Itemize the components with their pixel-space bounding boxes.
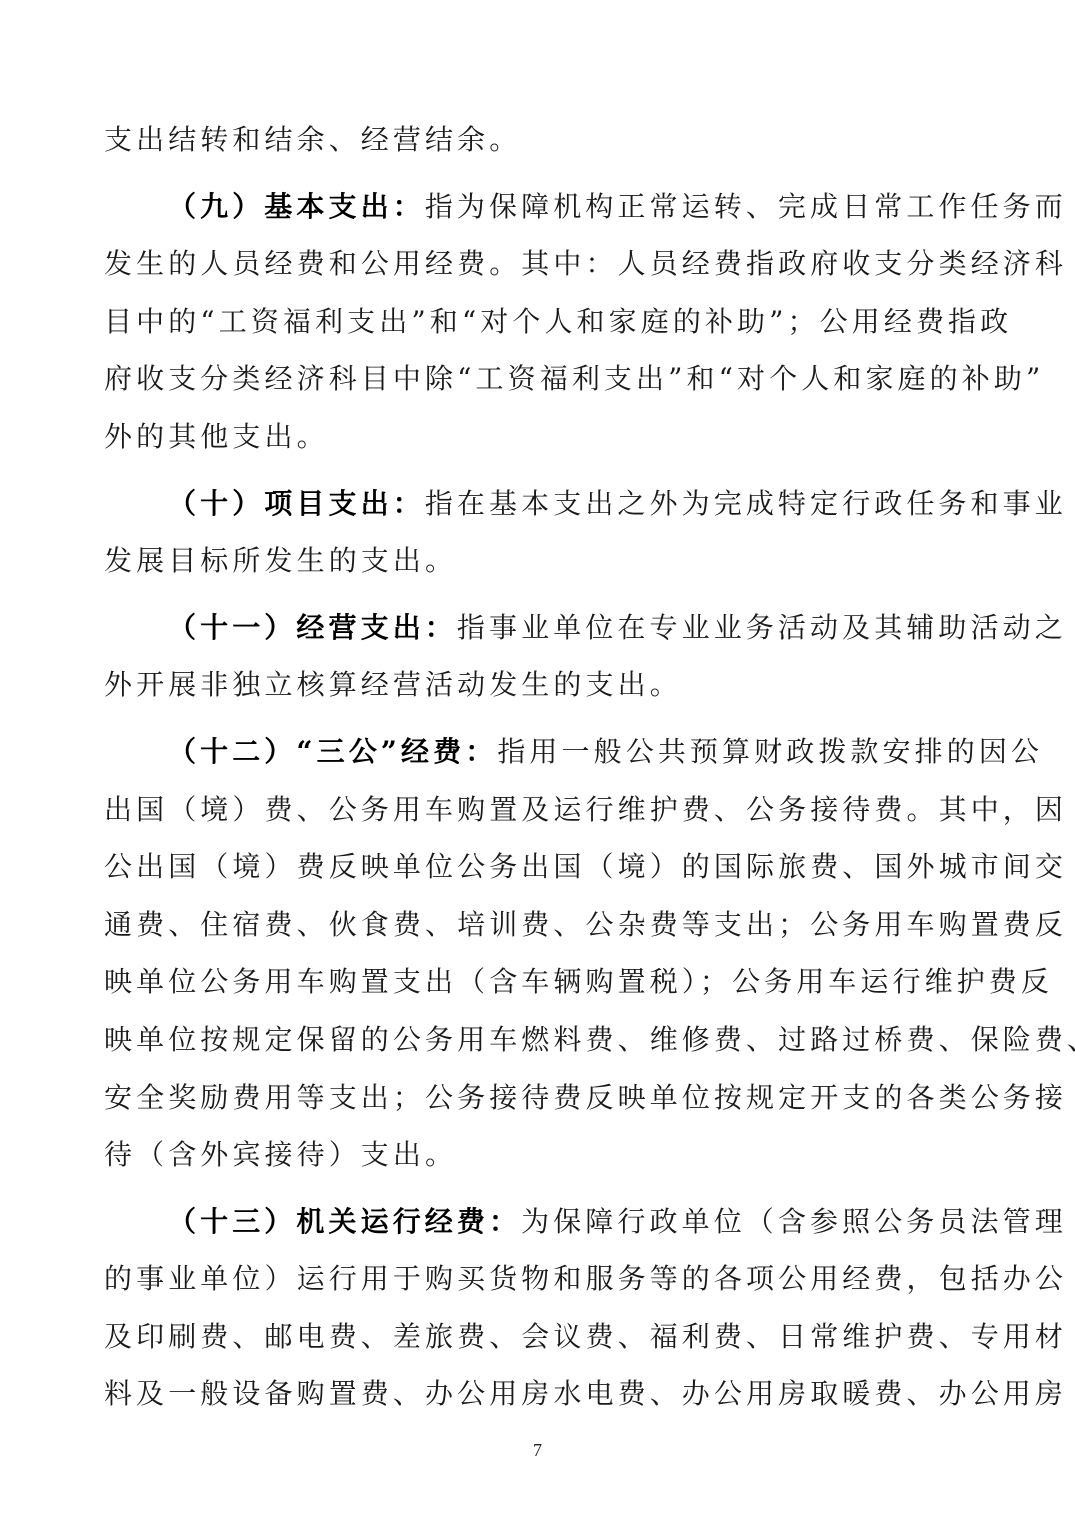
body-text: 支出结转和结余、经营结余。 bbox=[104, 123, 521, 156]
body-text: 料及一般设备购置费、办公用房水电费、办公用房取暖费、办公用房 bbox=[104, 1365, 974, 1423]
body-text: 通费、住宿费、伙食费、培训费、公杂费等支出；公务用车购置费反 bbox=[104, 896, 974, 954]
body-text: 待（含外宾接待）支出。 bbox=[104, 1126, 974, 1184]
paragraph-basic-expenditure: （九）基本支出：指为保障机构正常运转、完成日常工作任务而 发生的人员经费和公用经… bbox=[104, 178, 974, 466]
paragraph-operating-expenditure: （十一）经营支出：指事业单位在专业业务活动及其辅助活动之 外开展非独立核算经营活… bbox=[104, 599, 974, 714]
paragraph-agency-operating-funds: （十三）机关运行经费：为保障行政单位（含参照公务员法管理 的事业单位）运行用于购… bbox=[104, 1193, 974, 1423]
body-text: 外的其他支出。 bbox=[104, 408, 974, 466]
body-text: 目中的“工资福利支出”和“对个人和家庭的补助”；公用经费指政 bbox=[104, 293, 974, 351]
body-text: 外开展非独立核算经营活动发生的支出。 bbox=[104, 656, 974, 714]
paragraph-project-expenditure: （十）项目支出：指在基本支出之外为完成特定行政任务和事业 发展目标所发生的支出。 bbox=[104, 475, 974, 590]
body-text: 指用一般公共预算财政拨款安排的因公 bbox=[497, 735, 1043, 768]
body-text: 的事业单位）运行用于购买货物和服务等的各项公用经费，包括办公 bbox=[104, 1250, 974, 1308]
section-heading: （十三）机关运行经费： bbox=[168, 1205, 521, 1238]
section-heading: （九）基本支出： bbox=[168, 190, 425, 223]
body-text: 指在基本支出之外为完成特定行政任务和事业 bbox=[425, 487, 1067, 520]
body-text: 府收支分类经济科目中除“工资福利支出”和“对个人和家庭的补助” bbox=[104, 350, 974, 408]
body-text: 发展目标所发生的支出。 bbox=[104, 532, 974, 590]
body-text: 为保障行政单位（含参照公务员法管理 bbox=[521, 1205, 1067, 1238]
body-text: 映单位按规定保留的公务用车燃料费、维修费、过路过桥费、保险费、 bbox=[104, 1011, 974, 1069]
body-text: 出国（境）费、公务用车购置及运行维护费、公务接待费。其中，因 bbox=[104, 781, 974, 839]
paragraph-continuation: 支出结转和结余、经营结余。 bbox=[104, 111, 974, 169]
section-heading: （十）项目支出： bbox=[168, 487, 425, 520]
document-page: 支出结转和结余、经营结余。 （九）基本支出：指为保障机构正常运转、完成日常工作任… bbox=[104, 111, 974, 1423]
body-text: 指为保障机构正常运转、完成日常工作任务而 bbox=[425, 190, 1067, 223]
body-text: 指事业单位在专业业务活动及其辅助活动之 bbox=[457, 611, 1067, 644]
body-text: 公出国（境）费反映单位公务出国（境）的国际旅费、国外城市间交 bbox=[104, 838, 974, 896]
body-text: 映单位公务用车购置支出（含车辆购置税）；公务用车运行维护费反 bbox=[104, 953, 974, 1011]
page-number: 7 bbox=[0, 1440, 1075, 1461]
section-heading: （十一）经营支出： bbox=[168, 611, 457, 644]
body-text: 及印刷费、邮电费、差旅费、会议费、福利费、日常维护费、专用材 bbox=[104, 1308, 974, 1366]
paragraph-three-public-expenses: （十二）“三公”经费：指用一般公共预算财政拨款安排的因公 出国（境）费、公务用车… bbox=[104, 723, 974, 1184]
body-text: 安全奖励费用等支出；公务接待费反映单位按规定开支的各类公务接 bbox=[104, 1069, 974, 1127]
section-heading: （十二）“三公”经费： bbox=[168, 735, 497, 768]
body-text: 发生的人员经费和公用经费。其中：人员经费指政府收支分类经济科 bbox=[104, 235, 974, 293]
